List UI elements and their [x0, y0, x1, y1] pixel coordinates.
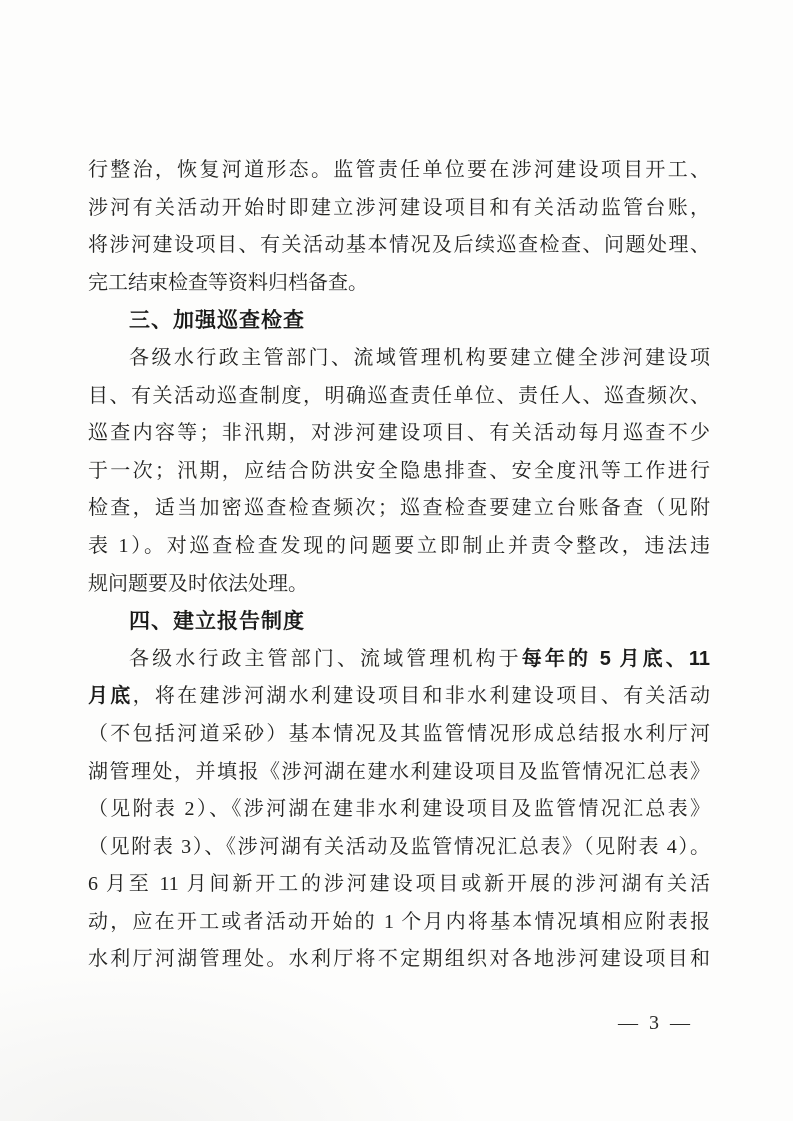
text-line: 规问题要及时依法处理。	[88, 566, 710, 604]
text-segment: 将涉河建设项目、有关活动基本情况及后续巡查检查、问题处理、	[88, 234, 710, 256]
bold-text-segment: 三、加强巡查检查	[129, 309, 305, 332]
text-line: 各级水行政主管部门、流域管理机构于每年的 5 月底、11	[88, 641, 710, 679]
text-line: 完工结束检查等资料归档备查。	[88, 265, 710, 303]
document-page: 行整治，恢复河道形态。监管责任单位要在涉河建设项目开工、涉河有关活动开始时即建立…	[0, 0, 793, 1121]
bold-text-segment: 月底	[88, 685, 133, 707]
text-segment: 行整治，恢复河道形态。监管责任单位要在涉河建设项目开工、	[88, 159, 710, 181]
text-segment: 6 月至 11 月间新开工的涉河建设项目或新开展的涉河湖有关活	[88, 873, 710, 895]
text-segment: （见附表 2）、《涉河湖在建非水利建设项目及监管情况汇总表》	[88, 798, 710, 820]
text-segment: 完工结束检查等资料归档备查。	[88, 272, 368, 294]
document-body: 行整治，恢复河道形态。监管责任单位要在涉河建设项目开工、涉河有关活动开始时即建立…	[88, 152, 710, 979]
bold-text-segment: 四、建立报告制度	[129, 610, 305, 633]
text-segment: 涉河有关活动开始时即建立涉河建设项目和有关活动监管台账，	[88, 197, 710, 219]
text-segment: 检查，适当加密巡查检查频次；巡查检查要建立台账备查（见附	[88, 497, 710, 519]
text-line: 于一次；汛期，应结合防洪安全隐患排查、安全度汛等工作进行	[88, 453, 710, 491]
text-line: 动，应在开工或者活动开始的 1 个月内将基本情况填相应附表报	[88, 904, 710, 942]
text-segment: （不包括河道采砂）基本情况及其监管情况形成总结报水利厅河	[88, 723, 710, 745]
section-heading: 四、建立报告制度	[88, 603, 710, 641]
text-line: 将涉河建设项目、有关活动基本情况及后续巡查检查、问题处理、	[88, 227, 710, 265]
text-line: 巡查内容等；非汛期，对涉河建设项目、有关活动每月巡查不少	[88, 415, 710, 453]
text-line: （不包括河道采砂）基本情况及其监管情况形成总结报水利厅河	[88, 716, 710, 754]
text-segment: （见附表 3）、《涉河湖有关活动及监管情况汇总表》（见附表 4）。	[88, 836, 710, 858]
text-line: 各级水行政主管部门、流域管理机构要建立健全涉河建设项	[88, 340, 710, 378]
text-segment: 水利厅河湖管理处。水利厅将不定期组织对各地涉河建设项目和	[88, 948, 710, 970]
text-line: （见附表 2）、《涉河湖在建非水利建设项目及监管情况汇总表》	[88, 791, 710, 829]
text-segment: 各级水行政主管部门、流域管理机构要建立健全涉河建设项	[129, 347, 710, 369]
text-line: （见附表 3）、《涉河湖有关活动及监管情况汇总表》（见附表 4）。	[88, 829, 710, 867]
text-segment: 动，应在开工或者活动开始的 1 个月内将基本情况填相应附表报	[88, 911, 710, 933]
page-number: — 3 —	[618, 1012, 693, 1035]
text-segment: 巡查内容等；非汛期，对涉河建设项目、有关活动每月巡查不少	[88, 422, 710, 444]
text-segment: ，将在建涉河湖水利建设项目和非水利建设项目、有关活动	[133, 685, 710, 707]
text-segment: 湖管理处，并填报《涉河湖在建水利建设项目及监管情况汇总表》	[88, 761, 710, 783]
text-line: 目、有关活动巡查制度，明确巡查责任单位、责任人、巡查频次、	[88, 378, 710, 416]
text-segment: 规问题要及时依法处理。	[88, 573, 308, 595]
section-heading: 三、加强巡查检查	[88, 302, 710, 340]
text-line: 表 1）。对巡查检查发现的问题要立即制止并责令整改，违法违	[88, 528, 710, 566]
bold-text-segment: 每年的 5 月底、11	[522, 648, 710, 670]
text-line: 涉河有关活动开始时即建立涉河建设项目和有关活动监管台账，	[88, 190, 710, 228]
text-segment: 各级水行政主管部门、流域管理机构于	[129, 648, 522, 670]
text-line: 月底，将在建涉河湖水利建设项目和非水利建设项目、有关活动	[88, 678, 710, 716]
text-segment: 表 1）。对巡查检查发现的问题要立即制止并责令整改，违法违	[88, 535, 710, 557]
text-line: 湖管理处，并填报《涉河湖在建水利建设项目及监管情况汇总表》	[88, 754, 710, 792]
text-segment: 于一次；汛期，应结合防洪安全隐患排查、安全度汛等工作进行	[88, 460, 710, 482]
text-line: 水利厅河湖管理处。水利厅将不定期组织对各地涉河建设项目和	[88, 941, 710, 979]
text-segment: 目、有关活动巡查制度，明确巡查责任单位、责任人、巡查频次、	[88, 385, 710, 407]
text-line: 6 月至 11 月间新开工的涉河建设项目或新开展的涉河湖有关活	[88, 866, 710, 904]
text-line: 行整治，恢复河道形态。监管责任单位要在涉河建设项目开工、	[88, 152, 710, 190]
text-line: 检查，适当加密巡查检查频次；巡查检查要建立台账备查（见附	[88, 490, 710, 528]
